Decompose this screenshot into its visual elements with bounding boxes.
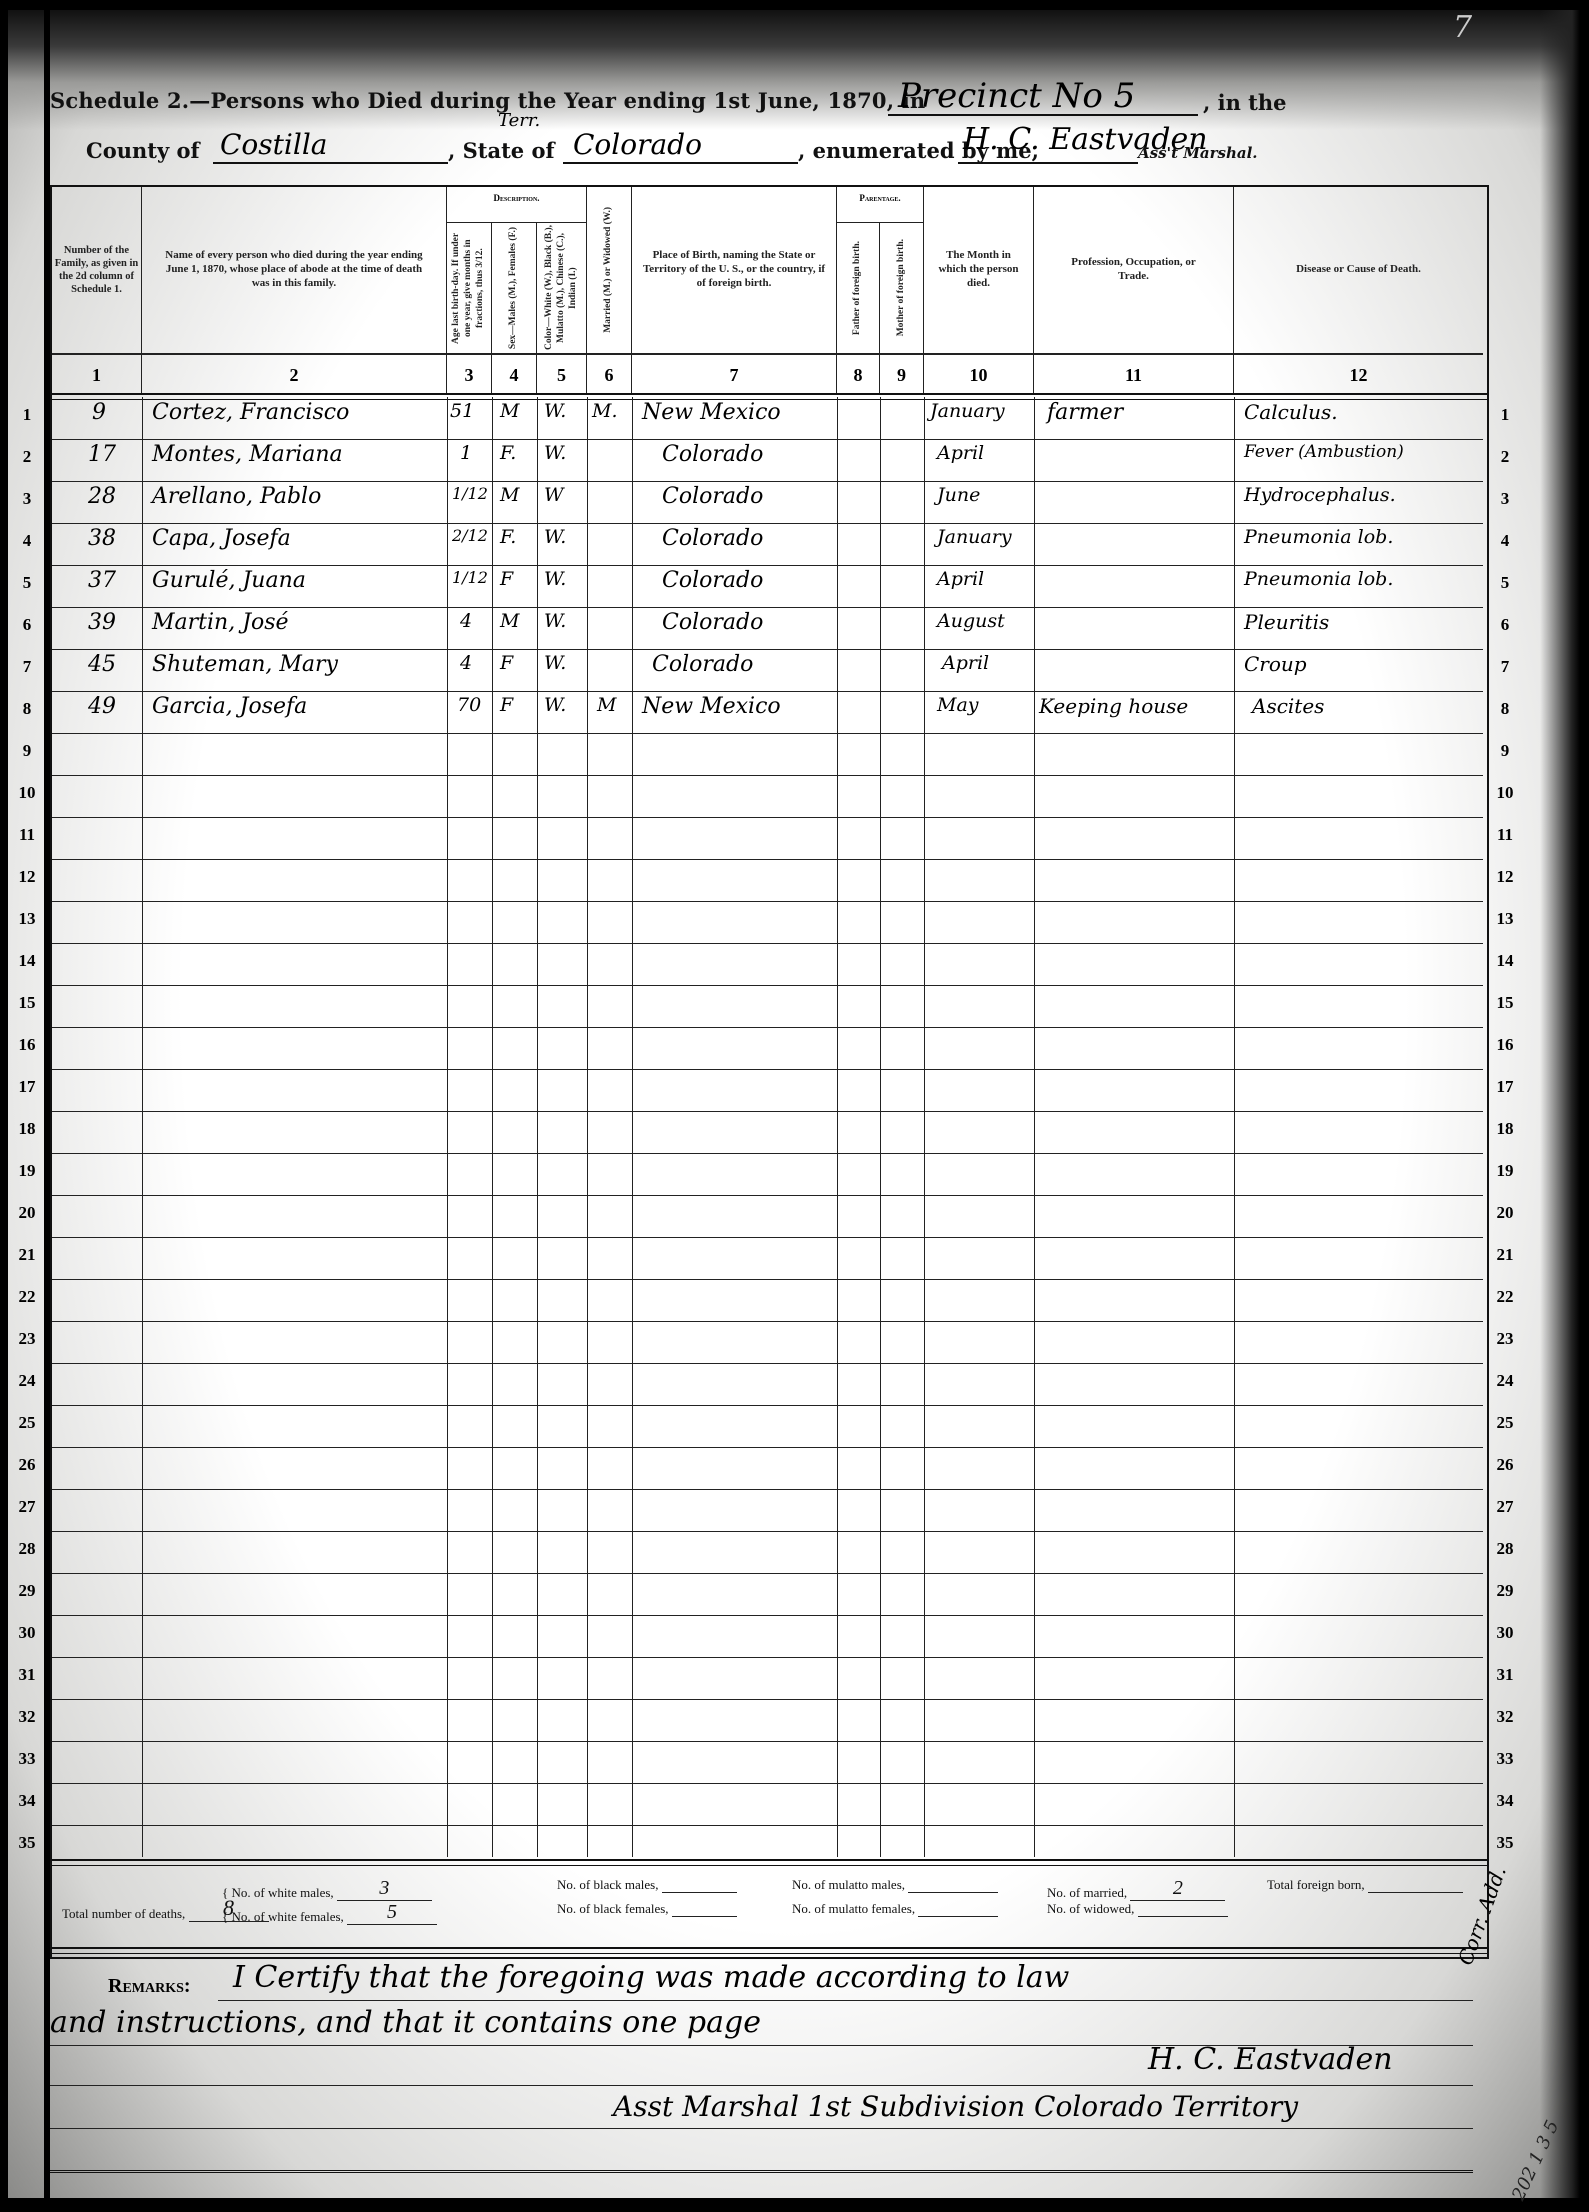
row-rule — [52, 1027, 1483, 1028]
row-rule — [52, 859, 1483, 860]
line-number-left: 26 — [12, 1455, 42, 1475]
family-number: 28 — [88, 484, 116, 509]
birthplace: Colorado — [652, 652, 753, 677]
marshal-title-line: Asst Marshal 1st Subdivision Colorado Te… — [613, 2090, 1298, 2123]
white-males-value: 3 — [337, 1877, 432, 1901]
line-number-right: 25 — [1490, 1413, 1520, 1433]
line-number-right: 2 — [1490, 447, 1520, 467]
line-number-right: 7 — [1490, 657, 1520, 677]
county-underline — [213, 162, 448, 164]
month-of-death: May — [937, 694, 979, 716]
decedent-name: Cortez, Francisco — [152, 400, 349, 425]
row-rule — [52, 1195, 1483, 1196]
family-number: 9 — [92, 400, 106, 425]
header-age: Age last birth-day. If under one year, g… — [447, 223, 492, 353]
cause-of-death: Pleuritis — [1244, 610, 1329, 634]
age: 1 — [460, 442, 472, 464]
col-rule — [447, 397, 448, 1857]
header-double-rule — [52, 393, 1487, 400]
decedent-name: Capa, Josefa — [152, 526, 291, 551]
marital-status: M — [597, 694, 616, 716]
row-rule — [52, 985, 1483, 986]
remarks-line-1: I Certify that the foregoing was made ac… — [233, 1960, 1069, 1995]
age: 1/12 — [452, 568, 488, 587]
month-of-death: January — [930, 400, 1005, 422]
birthplace: Colorado — [662, 442, 763, 467]
line-number-left: 28 — [12, 1539, 42, 1559]
colnum-10: 10 — [924, 353, 1034, 393]
line-number-right: 20 — [1490, 1203, 1520, 1223]
white-males: { No. of white males, 3 — [222, 1877, 432, 1901]
black-males: No. of black males, — [557, 1877, 737, 1893]
col-rule — [142, 397, 143, 1857]
colnum-6: 6 — [587, 353, 632, 393]
line-number-right: 16 — [1490, 1035, 1520, 1055]
foreign-born-label: Total foreign born, — [1267, 1877, 1365, 1892]
color: W. — [544, 400, 566, 422]
row-rule — [52, 1069, 1483, 1070]
sex: F. — [500, 526, 516, 548]
line-number-right: 13 — [1490, 909, 1520, 929]
mulatto-males-label: No. of mulatto males, — [792, 1877, 905, 1892]
line-number-left: 25 — [12, 1413, 42, 1433]
family-number: 39 — [88, 610, 116, 635]
line-number-right: 17 — [1490, 1077, 1520, 1097]
col-rule — [880, 397, 881, 1857]
line-number-left: 10 — [12, 783, 42, 803]
header-mother-foreign: Mother of foreign birth. — [880, 223, 924, 353]
row-rule — [52, 1783, 1483, 1784]
header-married-text: Married (M.) or Widowed (W.) — [603, 207, 615, 333]
line-number-right: 31 — [1490, 1665, 1520, 1685]
cause-of-death: Ascites — [1252, 694, 1324, 718]
foreign-born-value — [1368, 1892, 1463, 1893]
row-rule — [52, 1237, 1483, 1238]
white-females-label: No. of white females, — [232, 1909, 344, 1924]
row-rule — [52, 523, 1483, 524]
line-number-left: 9 — [12, 741, 42, 761]
remarks-line — [50, 2128, 1473, 2129]
cause-of-death: Calculus. — [1244, 400, 1338, 424]
line-number-left: 22 — [12, 1287, 42, 1307]
line-number-right: 14 — [1490, 951, 1520, 971]
line-number-right: 11 — [1490, 825, 1520, 845]
line-number-left: 33 — [12, 1749, 42, 1769]
line-number-left: 16 — [12, 1035, 42, 1055]
family-number: 37 — [88, 568, 116, 593]
line-number-right: 15 — [1490, 993, 1520, 1013]
line-number-left: 35 — [12, 1833, 42, 1853]
header-cause: Disease or Cause of Death. — [1234, 187, 1483, 353]
white-males-label: No. of white males, — [232, 1885, 334, 1900]
col-rule — [587, 397, 588, 1857]
line-number-left: 7 — [12, 657, 42, 677]
row-rule — [52, 607, 1483, 608]
row-rule — [52, 565, 1483, 566]
marshal-label: Ass't Marshal. — [1138, 144, 1258, 162]
remarks-line-2: and instructions, and that it contains o… — [50, 2005, 761, 2040]
widowed-value — [1138, 1916, 1228, 1917]
cause-of-death: Pneumonia lob. — [1244, 526, 1393, 548]
line-number-right: 4 — [1490, 531, 1520, 551]
row-rule — [52, 649, 1483, 650]
census-page: 7 Schedule 2.—Persons who Died during th… — [8, 10, 1580, 2198]
family-number: 45 — [88, 652, 116, 677]
header-family-number: Number of the Family, as given in the 2d… — [52, 187, 142, 353]
line-number-left: 19 — [12, 1161, 42, 1181]
line-number-right: 30 — [1490, 1623, 1520, 1643]
totals-double-rule — [52, 1859, 1487, 1866]
line-number-right: 19 — [1490, 1161, 1520, 1181]
state-underline — [563, 162, 798, 164]
occupation: Keeping house — [1039, 694, 1188, 718]
line-number-left: 6 — [12, 615, 42, 635]
header-birthplace: Place of Birth, naming the State or Terr… — [632, 187, 837, 353]
col-rule — [1034, 397, 1035, 1857]
row-rule — [52, 1447, 1483, 1448]
mulatto-females: No. of mulatto females, — [792, 1901, 998, 1917]
header-sex: Sex—Males (M.), Females (F.) — [492, 223, 537, 353]
sex: F — [500, 694, 513, 716]
col-rule — [837, 397, 838, 1857]
decedent-name: Shuteman, Mary — [152, 652, 338, 677]
header-father-foreign: Father of foreign birth. — [837, 223, 880, 353]
color: W. — [544, 442, 566, 464]
family-number: 38 — [88, 526, 116, 551]
col-rule — [632, 397, 633, 1857]
state-field: Colorado — [573, 128, 702, 161]
row-rule — [52, 1825, 1483, 1826]
decedent-name: Gurulé, Juana — [152, 568, 306, 593]
row-rule — [52, 691, 1483, 692]
enumerator-underline — [958, 162, 1138, 164]
remarks-line — [50, 2085, 1473, 2086]
line-number-right: 8 — [1490, 699, 1520, 719]
row-rule — [52, 1657, 1483, 1658]
line-number-left: 17 — [12, 1077, 42, 1097]
header-sex-text: Sex—Males (M.), Females (F.) — [508, 227, 520, 349]
occupation: farmer — [1047, 400, 1123, 425]
line-number-right: 26 — [1490, 1455, 1520, 1475]
scan-shadow-right — [1540, 10, 1580, 2198]
colnum-1: 1 — [52, 353, 142, 393]
birthplace: New Mexico — [642, 694, 781, 719]
month-of-death: January — [937, 526, 1012, 548]
row-rule — [52, 1699, 1483, 1700]
colnum-11: 11 — [1034, 353, 1234, 393]
row-rule — [52, 1111, 1483, 1112]
line-number-left: 5 — [12, 573, 42, 593]
mulatto-females-value — [918, 1916, 998, 1917]
line-number-left: 32 — [12, 1707, 42, 1727]
row-rule — [52, 817, 1483, 818]
colnum-7: 7 — [632, 353, 837, 393]
line-number-right: 33 — [1490, 1749, 1520, 1769]
line-number-left: 12 — [12, 867, 42, 887]
row-rule — [52, 1531, 1483, 1532]
header-occupation: Profession, Occupation, or Trade. — [1034, 187, 1234, 353]
color: W. — [544, 526, 566, 548]
header-month: The Month in which the person died. — [924, 187, 1034, 353]
row-rule — [52, 1615, 1483, 1616]
decedent-name: Arellano, Pablo — [152, 484, 321, 509]
mulatto-females-label: No. of mulatto females, — [792, 1901, 915, 1916]
birthplace: New Mexico — [642, 400, 781, 425]
white-females-value: 5 — [347, 1901, 437, 1925]
line-number-left: 29 — [12, 1581, 42, 1601]
age: 4 — [460, 652, 472, 674]
row-rule — [52, 1279, 1483, 1280]
age: 70 — [457, 694, 481, 716]
white-females: { No. of white females, 5 — [222, 1901, 437, 1925]
col-rule — [537, 397, 538, 1857]
line-number-right: 27 — [1490, 1497, 1520, 1517]
line-number-left: 18 — [12, 1119, 42, 1139]
widowed-count: No. of widowed, — [1047, 1901, 1228, 1917]
total-deaths-label-text: Total number of deaths, — [62, 1906, 185, 1921]
colnum-2: 2 — [142, 353, 447, 393]
header-father-foreign-text: Father of foreign birth. — [852, 241, 864, 335]
married-count: No. of married, 2 — [1047, 1877, 1225, 1901]
line-number-right: 28 — [1490, 1539, 1520, 1559]
birthplace: Colorado — [662, 484, 763, 509]
row-rule — [52, 1405, 1483, 1406]
line-number-right: 23 — [1490, 1329, 1520, 1349]
colnum-12: 12 — [1234, 353, 1483, 393]
cause-of-death: Croup — [1244, 652, 1307, 676]
line-number-right: 32 — [1490, 1707, 1520, 1727]
month-of-death: April — [937, 568, 984, 590]
colnum-8: 8 — [837, 353, 880, 393]
colnum-3: 3 — [447, 353, 492, 393]
black-females-label: No. of black females, — [557, 1901, 669, 1916]
decedent-name: Martin, José — [152, 610, 289, 635]
county-field: Costilla — [220, 128, 327, 161]
color: W. — [544, 694, 566, 716]
line-number-left: 11 — [12, 825, 42, 845]
row-rule — [52, 1489, 1483, 1490]
sex: F. — [500, 442, 516, 464]
line-number-left: 30 — [12, 1623, 42, 1643]
line-number-left: 15 — [12, 993, 42, 1013]
line-number-left: 24 — [12, 1371, 42, 1391]
sex: M — [500, 400, 519, 422]
line-number-right: 3 — [1490, 489, 1520, 509]
age: 1/12 — [452, 484, 488, 503]
in-the-label: , in the — [1203, 90, 1287, 115]
colnum-5: 5 — [537, 353, 587, 393]
header-description-group: Description. — [447, 187, 587, 223]
state-label: , State of — [448, 138, 555, 163]
marital-status: M. — [592, 400, 618, 422]
row-rule — [52, 1573, 1483, 1574]
remarks-double-rule — [52, 1947, 1487, 1954]
sex: M — [500, 484, 519, 506]
decedent-name: Garcia, Josefa — [152, 694, 307, 719]
line-number-left: 31 — [12, 1665, 42, 1685]
line-number-left: 34 — [12, 1791, 42, 1811]
mulatto-males: No. of mulatto males, — [792, 1877, 998, 1893]
row-rule — [52, 733, 1483, 734]
colnum-9: 9 — [880, 353, 924, 393]
line-number-right: 35 — [1490, 1833, 1520, 1853]
foreign-born-count: Total foreign born, — [1267, 1877, 1463, 1893]
decedent-name: Montes, Mariana — [152, 442, 343, 467]
bottom-rule — [50, 2170, 1473, 2173]
line-number-right: 18 — [1490, 1119, 1520, 1139]
cause-of-death: Pneumonia lob. — [1244, 568, 1393, 590]
line-number-right: 10 — [1490, 783, 1520, 803]
birthplace: Colorado — [662, 526, 763, 551]
line-number-right: 24 — [1490, 1371, 1520, 1391]
black-males-label: No. of black males, — [557, 1877, 658, 1892]
row-rule — [52, 1363, 1483, 1364]
birthplace: Colorado — [662, 568, 763, 593]
month-of-death: August — [937, 610, 1005, 632]
line-number-left: 4 — [12, 531, 42, 551]
line-number-left: 1 — [12, 405, 42, 425]
remarks-label: Remarks: — [108, 1975, 191, 1998]
cause-of-death: Hydrocephalus. — [1244, 484, 1396, 506]
page-number: 7 — [1453, 10, 1472, 45]
line-number-left: 21 — [12, 1245, 42, 1265]
line-number-right: 21 — [1490, 1245, 1520, 1265]
color: W — [544, 484, 564, 506]
header-color: Color—White (W.), Black (B.), Mulatto (M… — [537, 223, 587, 353]
signature: H. C. Eastvaden — [1148, 2042, 1393, 2077]
schedule-title: Schedule 2.—Persons who Died during the … — [50, 88, 925, 113]
line-number-right: 22 — [1490, 1287, 1520, 1307]
line-number-left: 23 — [12, 1329, 42, 1349]
black-females: No. of black females, — [557, 1901, 737, 1917]
county-label: County of — [86, 138, 200, 163]
line-number-left: 27 — [12, 1497, 42, 1517]
row-rule — [52, 901, 1483, 902]
line-number-right: 34 — [1490, 1791, 1520, 1811]
col-rule — [924, 397, 925, 1857]
age: 4 — [460, 610, 472, 632]
line-number-right: 9 — [1490, 741, 1520, 761]
cause-of-death: Fever (Ambustion) — [1244, 442, 1404, 462]
header-name: Name of every person who died during the… — [142, 187, 447, 353]
col-rule — [492, 397, 493, 1857]
row-rule — [52, 439, 1483, 440]
birthplace: Colorado — [662, 610, 763, 635]
married-label: No. of married, — [1047, 1885, 1127, 1900]
age: 51 — [450, 400, 474, 422]
line-number-left: 13 — [12, 909, 42, 929]
color: W. — [544, 610, 566, 632]
line-number-left: 14 — [12, 951, 42, 971]
line-number-left: 8 — [12, 699, 42, 719]
header-married: Married (M.) or Widowed (W.) — [587, 187, 632, 353]
line-number-left: 3 — [12, 489, 42, 509]
mulatto-males-value — [908, 1892, 998, 1893]
row-rule — [52, 481, 1483, 482]
widowed-label: No. of widowed, — [1047, 1901, 1134, 1916]
color: W. — [544, 568, 566, 590]
family-number: 17 — [88, 442, 116, 467]
sex: M — [500, 610, 519, 632]
header-color-text: Color—White (W.), Black (B.), Mulatto (M… — [544, 225, 580, 351]
sex: F — [500, 568, 513, 590]
header-parentage-group: Parentage. — [837, 187, 924, 223]
place-field: Precinct No 5 — [898, 76, 1135, 116]
row-rule — [52, 1741, 1483, 1742]
row-rule — [52, 943, 1483, 944]
line-number-right: 12 — [1490, 867, 1520, 887]
row-rule — [52, 775, 1483, 776]
line-number-left: 2 — [12, 447, 42, 467]
color: W. — [544, 652, 566, 674]
col-rule — [1234, 397, 1235, 1857]
black-males-value — [662, 1892, 737, 1893]
line-number-right: 6 — [1490, 615, 1520, 635]
age: 2/12 — [452, 526, 488, 545]
row-rule — [52, 1153, 1483, 1154]
black-females-value — [672, 1916, 737, 1917]
line-number-right: 5 — [1490, 573, 1520, 593]
family-number: 49 — [88, 694, 116, 719]
married-value: 2 — [1130, 1877, 1225, 1901]
line-number-right: 1 — [1490, 405, 1520, 425]
row-rule — [52, 1321, 1483, 1322]
colnum-4: 4 — [492, 353, 537, 393]
sex: F — [500, 652, 513, 674]
line-number-left: 20 — [12, 1203, 42, 1223]
month-of-death: April — [937, 442, 984, 464]
month-of-death: April — [942, 652, 989, 674]
state-prefix-correction: Terr. — [498, 110, 540, 131]
line-number-right: 29 — [1490, 1581, 1520, 1601]
header-age-text: Age last birth-day. If under one year, g… — [451, 225, 487, 351]
remarks-line — [218, 2000, 1473, 2001]
header-mother-foreign-text: Mother of foreign birth. — [896, 239, 908, 336]
month-of-death: June — [937, 484, 980, 506]
death-schedule-table: Number of the Family, as given in the 2d… — [50, 185, 1489, 1959]
